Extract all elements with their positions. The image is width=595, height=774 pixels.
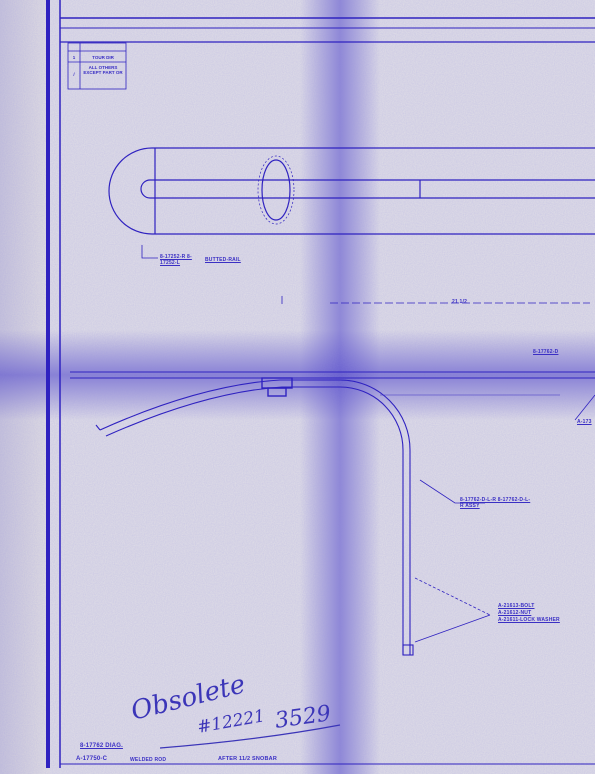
drawing-note: AFTER 11/2 SNOBAR (218, 756, 277, 762)
drawing-number: A-17750-C (76, 756, 107, 762)
hardware-nut: A-21612-NUT (498, 610, 531, 616)
blueprint-drawing (0, 0, 595, 774)
part-callout-edge: A-173 (577, 419, 592, 425)
rail-note: BUTTED-RAIL (205, 257, 241, 263)
part-callout-right: 8-17762-D (533, 349, 558, 355)
revision-description: ALL OTHERS EXCEPT PART OR (82, 65, 124, 75)
hardware-washer: A-21611-LOCK WASHER (498, 617, 560, 623)
drawing-description: WELDED ROD (130, 757, 166, 763)
revision-number: / (68, 72, 80, 77)
tube-part-callout: 8-17762-D-L-R 8-17762-D-L-R ASSY (460, 497, 532, 509)
part-callout-rail: 8-17252-R 8-17252-L (160, 254, 200, 266)
dimension-label: 21 1/2 (452, 299, 467, 305)
hardware-bolt: A-21613-BOLT (498, 603, 534, 609)
revision-number: 1 (68, 55, 80, 60)
revision-description: TOUR DIR (82, 55, 124, 60)
title-line: 8-17762 DIAG. (80, 743, 123, 749)
